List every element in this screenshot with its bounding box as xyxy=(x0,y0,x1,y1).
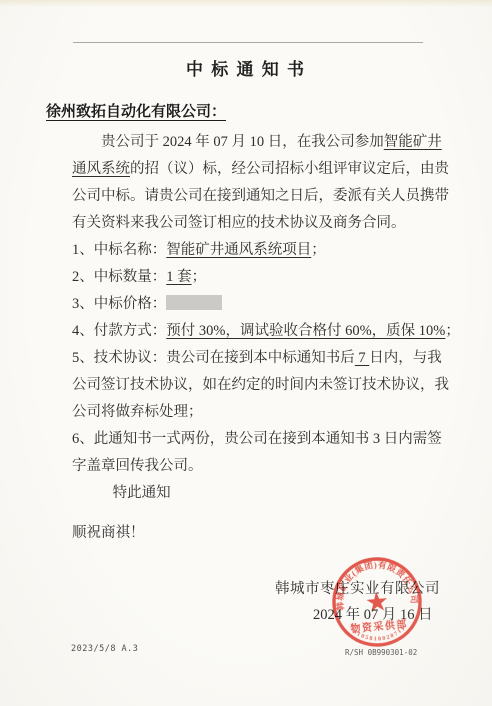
body-line: 4、付款方式：预付 30%，调试验收合格付 60%，质保 10%； xyxy=(72,318,444,345)
star-icon: ★ xyxy=(364,586,391,618)
body-text-segment: 贵公司于 2024 年 07 月 10 日，在我公司参加 xyxy=(101,134,384,150)
document-body: 贵公司于 2024 年 07 月 10 日，在我公司参加智能矿井通风系统的招（议… xyxy=(72,129,444,507)
body-line: 公司签订技术协议，如在约定的时间内未签订技术协议，我 xyxy=(72,372,444,399)
body-text-segment: 日内，与我 xyxy=(369,350,442,366)
header-rule-line xyxy=(73,42,423,43)
body-line: 2、中标数量：1 套； xyxy=(72,264,444,291)
body-line: 6、此通知书一式两份，贵公司在接到本通知书 3 日内需签 xyxy=(72,426,444,453)
body-text-segment: 公司中标。请贵公司在接到通知之日后，委派有关人员携带 xyxy=(72,188,449,204)
body-text-segment: 1 套 xyxy=(166,269,191,285)
body-text-segment: 5、技术协议：贵公司在接到本中标通知书后 xyxy=(72,350,355,366)
body-text-segment: 公司签订技术协议，如在约定的时间内未签订技术协议，我 xyxy=(72,377,449,393)
body-line: 3、中标价格： xyxy=(72,291,444,318)
body-line: 贵公司于 2024 年 07 月 10 日，在我公司参加智能矿井 xyxy=(72,129,444,156)
body-text-segment: 字盖章回传我公司。 xyxy=(72,458,203,474)
document-title: 中 标 通 知 书 xyxy=(0,55,492,80)
scanned-document-page: 中 标 通 知 书 徐州致拓自动化有限公司： 贵公司于 2024 年 07 月 … xyxy=(0,0,492,706)
body-text-segment: 预付 30%，调试验收合格付 60%，质保 10% xyxy=(166,323,445,339)
body-text-segment: 6、此通知书一式两份，贵公司在接到本通知书 3 日内需签 xyxy=(72,431,442,447)
body-text-segment: 7 xyxy=(355,350,370,366)
body-line: 通风系统的招（议）标，经公司招标小组评审议定后，由贵 xyxy=(72,156,444,183)
body-line: 字盖章回传我公司。 xyxy=(72,453,444,480)
body-text-segment: 3、中标价格： xyxy=(72,296,166,312)
body-text-segment: 智能矿井 xyxy=(384,134,442,150)
company-seal-stamp: 韩城矿业(集团)有限责任公司 ★ 物资采供部 6105810020711 xyxy=(312,537,442,667)
redacted-price-box xyxy=(166,295,222,310)
body-line: 1、中标名称：智能矿井通风系统项目； xyxy=(72,237,444,264)
body-text-segment: 4、付款方式： xyxy=(72,323,166,339)
body-text-segment: ； xyxy=(445,323,460,339)
body-text-segment: 特此通知 xyxy=(113,485,171,501)
body-line: 公司将做弃标处理； xyxy=(72,399,444,426)
addressee-line: 徐州致拓自动化有限公司： xyxy=(46,100,226,121)
body-text-segment: 智能矿井通风系统项目 xyxy=(166,242,311,258)
body-line: 有关资料来我公司签订相应的技术协议及商务合同。 xyxy=(72,210,444,237)
body-text-segment: ； xyxy=(311,242,326,258)
closing-salutation: 顺祝商祺！ xyxy=(72,521,145,542)
body-text-segment: ； xyxy=(192,269,207,285)
body-text-segment: 1、中标名称： xyxy=(72,242,166,258)
body-line: 特此通知 xyxy=(72,480,444,507)
body-line: 5、技术协议：贵公司在接到本中标通知书后 7 日内，与我 xyxy=(72,345,444,372)
body-line: 公司中标。请贵公司在接到通知之日后，委派有关人员携带 xyxy=(72,183,444,210)
body-text-segment: 公司将做弃标处理； xyxy=(72,404,203,420)
body-text-segment: 的招（议）标，经公司招标小组评审议定后，由贵 xyxy=(130,161,449,177)
body-text-segment: 2、中标数量： xyxy=(72,269,166,285)
footer-revision-code: 2023/5/8 A.3 xyxy=(71,644,138,654)
body-text-segment: 有关资料来我公司签订相应的技术协议及商务合同。 xyxy=(72,215,406,231)
body-text-segment: 通风系统 xyxy=(72,161,130,177)
